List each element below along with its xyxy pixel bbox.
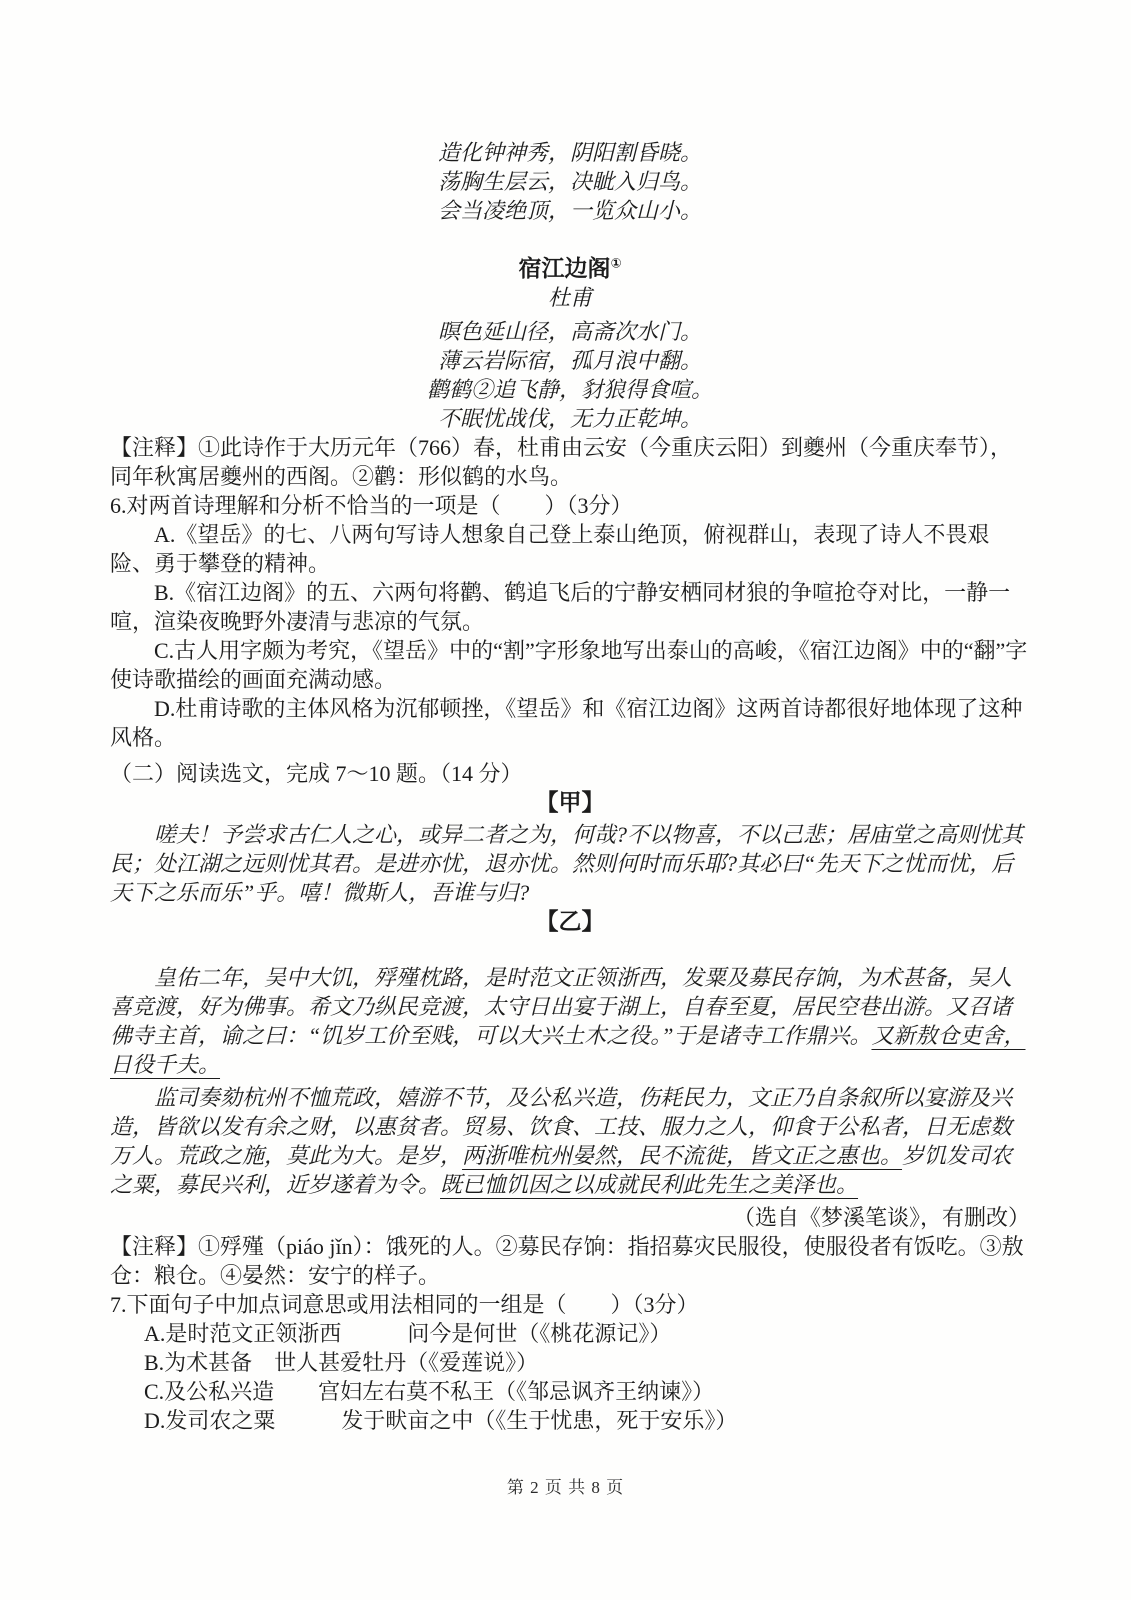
- question-6-option: B.《宿江边阁》的五、六两句将鹳、鹤追飞后的宁静安栖同材狼的争喧抢夺对比，一静一…: [110, 578, 1030, 636]
- exam-page: 造化钟神秀，阴阳割昏晓。荡胸生层云，决眦入归鸟。会当凌绝顶，一览众山小。 宿江边…: [0, 0, 1131, 1600]
- passage-yi-label: 【乙】: [110, 907, 1030, 936]
- question-7-option: B.为术甚备 世人甚爱牡丹（《爱莲说》）: [110, 1348, 1030, 1377]
- poem-line: 鹳鹤②追飞静，豺狼得食喧。: [110, 375, 1030, 404]
- question-6-options: A.《望岳》的七、八两句写诗人想象自己登上泰山绝顶，俯视群山，表现了诗人不畏艰险…: [110, 520, 1030, 752]
- poem-author: 杜甫: [110, 283, 1030, 312]
- poem-line: 会当凌绝顶，一览众山小。: [110, 196, 1030, 225]
- poem-title-sujiangbiange: 宿江边阁①: [110, 253, 1030, 283]
- question-6-option: A.《望岳》的七、八两句写诗人想象自己登上泰山绝顶，俯视群山，表现了诗人不畏艰险…: [110, 520, 1030, 578]
- question-7-option: A.是时范文正领浙西 问今是何世（《桃花源记》）: [110, 1319, 1030, 1348]
- poem-line: 暝色延山径，高斋次水门。: [110, 317, 1030, 346]
- poem-title-text: 宿江边阁: [518, 255, 610, 281]
- question-6-option: C.古人用字颇为考究，《望岳》中的“割”字形象地写出泰山的高峻，《宿江边阁》中的…: [110, 636, 1030, 694]
- question-7-option: C.及公私兴造 宫妇左右莫不私王（《邹忌讽齐王纳谏》）: [110, 1377, 1030, 1406]
- section-2-heading: （二）阅读选文，完成 7～10 题。（14 分）: [110, 759, 1030, 788]
- poem-line: 荡胸生层云，决眦入归鸟。: [110, 167, 1030, 196]
- poem-sujiangbiange: 暝色延山径，高斋次水门。薄云岩际宿，孤月浪中翻。鹳鹤②追飞静，豺狼得食喧。不眠忧…: [110, 317, 1030, 433]
- question-6-option: D.杜甫诗歌的主体风格为沉郁顿挫，《望岳》和《宿江边阁》这两首诗都很好地体现了这…: [110, 694, 1030, 752]
- underlined-segment: 两浙唯杭州晏然，民不流徙，皆文正之惠也。: [462, 1143, 902, 1168]
- passage-jia-text: 嗟夫！予尝求古仁人之心，或异二者之为，何哉?不以物喜，不以己悲；居庙堂之高则忧其…: [110, 820, 1030, 907]
- question-6-stem: 6.对两首诗理解和分析不恰当的一项是（ ）（3分）: [110, 491, 1030, 520]
- poem-line: 造化钟神秀，阴阳割昏晓。: [110, 138, 1030, 167]
- passage-yi-paragraph-1: 皇佑二年，吴中大饥，殍殣枕路，是时范文正领浙西，发粟及募民存饷，为术甚备，吴人喜…: [110, 963, 1030, 1079]
- footnote-marker-1: ①: [610, 255, 621, 270]
- poem-wangyue-excerpt: 造化钟神秀，阴阳割昏晓。荡胸生层云，决眦入归鸟。会当凌绝顶，一览众山小。: [110, 138, 1030, 225]
- passage-source-attribution: （选自《梦溪笔谈》，有删改）: [110, 1203, 1030, 1232]
- poem-line: 不眠忧战伐，无力正乾坤。: [110, 404, 1030, 433]
- question-7-options: A.是时范文正领浙西 问今是何世（《桃花源记》）B.为术甚备 世人甚爱牡丹（《爱…: [110, 1319, 1030, 1435]
- underlined-segment: 既已恤饥因之以成就民利此先生之美泽也。: [440, 1172, 858, 1197]
- passage-footnotes: 【注释】①殍殣（piáo jǐn）：饿死的人。②募民存饷：指招募灾民服役，使服役…: [110, 1232, 1030, 1290]
- passage-yi-paragraph-2: 监司奏劾杭州不恤荒政，嬉游不节，及公私兴造，伤耗民力，文正乃自条叙所以宴游及兴造…: [110, 1083, 1030, 1199]
- poem-footnotes: 【注释】①此诗作于大历元年（766）春，杜甫由云安（今重庆云阳）到夔州（今重庆奉…: [110, 433, 1030, 491]
- page-content: 造化钟神秀，阴阳割昏晓。荡胸生层云，决眦入归鸟。会当凌绝顶，一览众山小。 宿江边…: [0, 0, 1131, 1435]
- passage-jia-label: 【甲】: [110, 788, 1030, 817]
- page-number: 第 2 页 共 8 页: [0, 1476, 1131, 1500]
- poem-line: 薄云岩际宿，孤月浪中翻。: [110, 346, 1030, 375]
- question-7-stem: 7.下面句子中加点词意思或用法相同的一组是（ ）（3分）: [110, 1290, 1030, 1319]
- question-7-option: D.发司农之粟 发于畎亩之中（《生于忧患，死于安乐》）: [110, 1406, 1030, 1435]
